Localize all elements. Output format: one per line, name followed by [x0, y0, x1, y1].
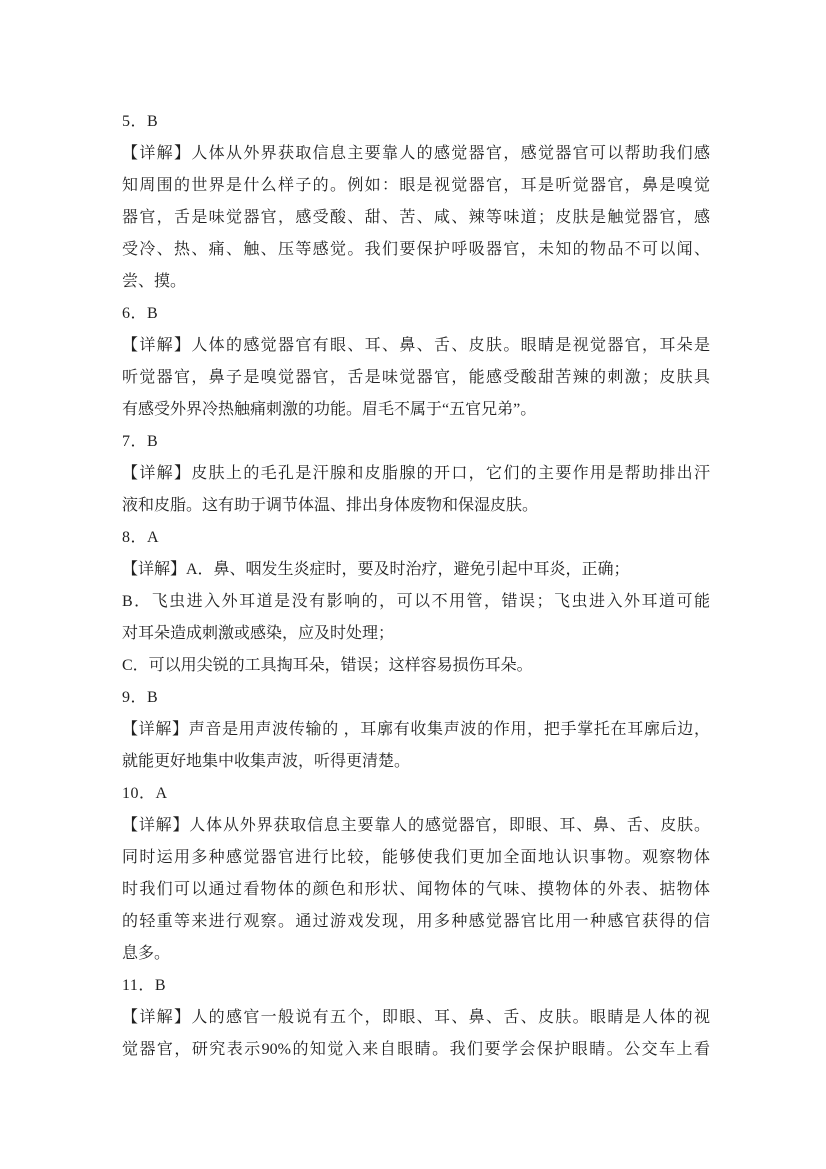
answer-line: 7．B: [122, 426, 710, 458]
explanation-line: 液和皮脂。这有助于调节体温、排出身体废物和保湿皮肤。: [122, 490, 710, 522]
explanation-line: 【详解】人体的感觉器官有眼、耳、鼻、舌、皮肤。眼睛是视觉器官，耳朵是: [122, 330, 710, 362]
explanation-line: 【详解】皮肤上的毛孔是汗腺和皮脂腺的开口，它们的主要作用是帮助排出汗: [122, 458, 710, 490]
answer-line: 5．B: [122, 106, 710, 138]
explanation-line: 就能更好地集中收集声波，听得更清楚。: [122, 746, 710, 778]
answer-line: 10．A: [122, 778, 710, 810]
explanation-line: 对耳朵造成刺激或感染，应及时处理；: [122, 618, 710, 650]
explanation-line: 时我们可以通过看物体的颜色和形状、闻物体的气味、摸物体的外表、掂物体: [122, 874, 710, 906]
explanation-line: 尝、摸。: [122, 266, 710, 298]
answer-line: 9．B: [122, 682, 710, 714]
explanation-line: 同时运用多种感觉器官进行比较，能够使我们更加全面地认识事物。观察物体: [122, 842, 710, 874]
explanation-line: 【详解】人体从外界获取信息主要靠人的感觉器官，即眼、耳、鼻、舌、皮肤。: [122, 810, 710, 842]
explanation-line: 有感受外界冷热触痛刺激的功能。眉毛不属于“五官兄弟”。: [122, 394, 710, 426]
explanation-line: 觉器官，研究表示90%的知觉入来自眼睛。我们要学会保护眼睛。公交车上看: [122, 1034, 710, 1066]
explanation-line: 【详解】声音是用声波传输的 ，耳廓有收集声波的作用，把手掌托在耳廓后边，: [122, 714, 710, 746]
explanation-line: 听觉器官，鼻子是嗅觉器官，舌是味觉器官，能感受酸甜苦辣的刺激；皮肤具: [122, 362, 710, 394]
explanation-line: 知周围的世界是什么样子的。例如：眼是视觉器官，耳是听觉器官，鼻是嗅觉: [122, 170, 710, 202]
explanation-line: 息多。: [122, 938, 710, 970]
document-body: 5．B【详解】人体从外界获取信息主要靠人的感觉器官，感觉器官可以帮助我们感知周围…: [122, 106, 710, 1066]
answer-line: 8．A: [122, 522, 710, 554]
explanation-line: B．飞虫进入外耳道是没有影响的，可以不用管，错误；飞虫进入外耳道可能: [122, 586, 710, 618]
explanation-line: 器官，舌是味觉器官，感受酸、甜、苦、咸、辣等味道；皮肤是触觉器官，感: [122, 202, 710, 234]
explanation-line: 【详解】人的感官一般说有五个，即眼、耳、鼻、舌、皮肤。眼睛是人体的视: [122, 1002, 710, 1034]
explanation-line: 的轻重等来进行观察。通过游戏发现，用多种感觉器官比用一种感官获得的信: [122, 906, 710, 938]
document-page: 5．B【详解】人体从外界获取信息主要靠人的感觉器官，感觉器官可以帮助我们感知周围…: [0, 0, 826, 1169]
explanation-line: 【详解】人体从外界获取信息主要靠人的感觉器官，感觉器官可以帮助我们感: [122, 138, 710, 170]
answer-line: 11．B: [122, 970, 710, 1002]
explanation-line: 【详解】A．鼻、咽发生炎症时，要及时治疗，避免引起中耳炎，正确；: [122, 554, 710, 586]
explanation-line: 受冷、热、痛、触、压等感觉。我们要保护呼吸器官，未知的物品不可以闻、: [122, 234, 710, 266]
answer-line: 6．B: [122, 298, 710, 330]
explanation-line: C．可以用尖锐的工具掏耳朵，错误；这样容易损伤耳朵。: [122, 650, 710, 682]
